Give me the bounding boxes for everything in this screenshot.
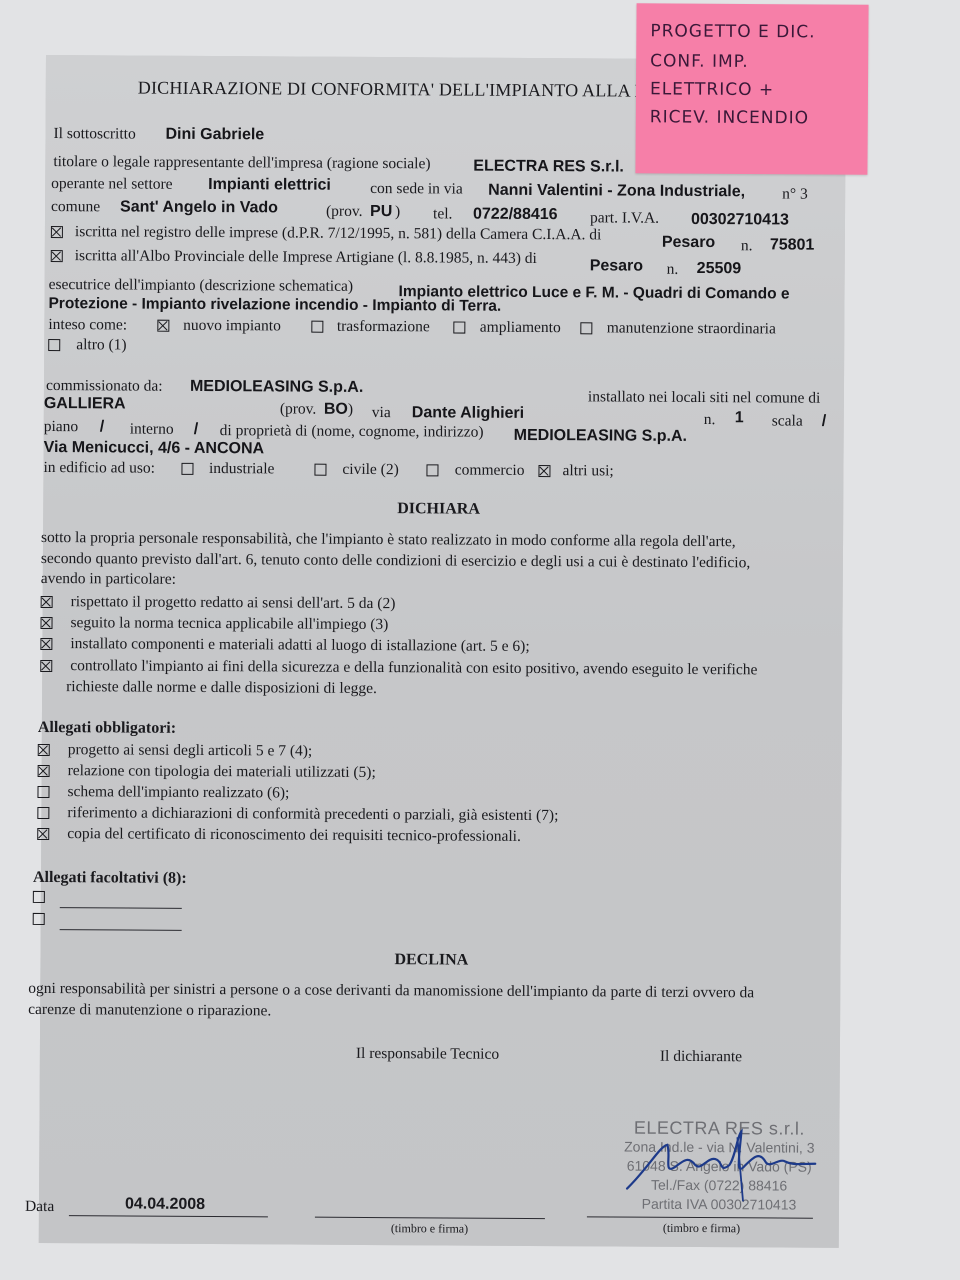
altro-row: altro (1) <box>48 336 126 354</box>
industriale-label: industriale <box>209 460 275 478</box>
allegato-checkbox-3[interactable] <box>37 786 49 798</box>
nuovo-impianto-checkbox[interactable] <box>157 320 169 332</box>
ampliamento-checkbox[interactable] <box>454 321 466 333</box>
albo-label: iscritta all'Albo Provinciale delle Impr… <box>75 247 537 268</box>
allegato-checkbox-4[interactable] <box>37 807 49 819</box>
declina-heading: DECLINA <box>394 951 468 969</box>
comune-install-value: GALLIERA <box>44 395 126 413</box>
prov2-label: (prov. <box>280 400 317 418</box>
prov-close: ) <box>395 203 400 221</box>
dichiara-item: controllato l'impianto ai fini della sic… <box>40 657 757 679</box>
registro-row: iscritta nel registro delle imprese (d.P… <box>51 223 602 244</box>
facoltativo-line-2[interactable] <box>60 929 182 931</box>
ampliamento-label: ampliamento <box>480 319 561 337</box>
albo-city: Pesaro <box>590 257 643 275</box>
tel-value: 0722/88416 <box>473 206 558 225</box>
proprieta-address: Via Menicucci, 4/6 - ANCONA <box>44 439 265 458</box>
civile-checkbox[interactable] <box>314 464 326 476</box>
interno-label: interno <box>130 421 174 439</box>
sticky-note: PROGETTO E DIC. CONF. IMP. ELETTRICO + R… <box>635 3 868 175</box>
comune-value: Sant' Angelo in Vado <box>120 198 278 217</box>
dichiara-checkbox-1[interactable] <box>41 596 53 608</box>
sottoscritto-value: Dini Gabriele <box>165 126 264 145</box>
sede-value: Nanni Valentini - Zona Industriale, <box>488 182 745 202</box>
document-title: DICHIARAZIONE DI CONFORMITA' DELL'IMPIAN… <box>138 78 685 102</box>
altri-usi-checkbox[interactable] <box>538 465 550 477</box>
timbro-label-2: (timbro e firma) <box>663 1221 740 1236</box>
allegato-checkbox-1[interactable] <box>38 744 50 756</box>
scala-label: scala <box>772 412 803 430</box>
declina-text-2: carenze di manutenzione o riparazione. <box>28 1001 271 1020</box>
sede-label: con sede in via <box>370 180 463 199</box>
data-value[interactable]: 04.04.2008 <box>125 1196 205 1214</box>
signature-icon <box>619 1127 819 1208</box>
iva-value: 00302710413 <box>691 211 789 230</box>
commercio-checkbox[interactable] <box>427 464 439 476</box>
dichiara-item-label: controllato l'impianto ai fini della sic… <box>70 657 757 679</box>
commissionato-value: MEDIOLEASING S.p.A. <box>190 378 363 397</box>
iva-label: part. I.V.A. <box>590 209 659 227</box>
allegato-label: copia del certificato di riconoscimento … <box>67 825 521 846</box>
prov2-value: BO <box>324 401 348 419</box>
facoltativo-checkbox-1[interactable] <box>33 891 45 903</box>
altro-label: altro (1) <box>76 336 126 354</box>
industriale-checkbox[interactable] <box>181 463 193 475</box>
dichiara-text-2: secondo quanto previsto dall'art. 6, ten… <box>41 550 750 572</box>
registro-label: iscritta nel registro delle imprese (d.P… <box>75 223 602 244</box>
albo-checkbox[interactable] <box>51 250 63 262</box>
trasformazione-checkbox[interactable] <box>311 321 323 333</box>
document-sheet: DICHIARAZIONE DI CONFORMITA' DELL'IMPIAN… <box>39 55 846 1248</box>
albo-row: iscritta all'Albo Provinciale delle Impr… <box>51 247 537 268</box>
registro-n-value: 75801 <box>770 236 815 254</box>
facoltativo-line-1[interactable] <box>60 907 182 909</box>
albo-n-value: 25509 <box>697 260 742 278</box>
dichiara-item: seguito la norma tecnica applicabile all… <box>40 614 388 634</box>
numero-civico: n° 3 <box>782 185 808 203</box>
allegato-item: progetto ai sensi degli articoli 5 e 7 (… <box>38 741 313 761</box>
esecutrice-label: esecutrice dell'impianto (descrizione sc… <box>49 276 354 296</box>
n-label: n. <box>704 411 716 429</box>
albo-n-label: n. <box>667 261 679 279</box>
allegato-label: relazione con tipologia dei materiali ut… <box>68 762 376 782</box>
dichiara-checkbox-3[interactable] <box>40 638 52 650</box>
allegati-facoltativi-heading: Allegati facoltativi (8): <box>33 869 187 888</box>
manutenzione-checkbox[interactable] <box>581 322 593 334</box>
responsabile-tecnico-label: Il responsabile Tecnico <box>356 1045 499 1064</box>
dichiara-item: rispettato il progetto redatto ai sensi … <box>41 593 396 613</box>
dichiara-item-continuation: richieste dalle norme e dalle disposizio… <box>66 678 377 698</box>
piano-label: piano <box>44 418 79 436</box>
registro-checkbox[interactable] <box>51 226 63 238</box>
declina-text-1: ogni responsabilità per sinistri a perso… <box>28 980 754 1002</box>
inteso-row: inteso come: nuovo impianto trasformazio… <box>48 316 776 338</box>
sottoscritto-label: Il sottoscritto <box>53 125 135 144</box>
via-label: via <box>372 404 391 422</box>
inteso-label: inteso come: <box>48 316 127 334</box>
dichiara-heading: DICHIARA <box>397 500 480 519</box>
settore-value: Impianti elettrici <box>208 176 331 195</box>
titolare-label: titolare o legale rappresentante dell'im… <box>53 153 430 173</box>
installato-label: installato nei locali siti nel comune di <box>588 388 821 407</box>
comune-label: comune <box>51 198 100 216</box>
dichiara-text-3: avendo in particolare: <box>41 570 176 589</box>
timbro-label-1: (timbro e firma) <box>391 1221 468 1236</box>
tel-label: tel. <box>433 205 452 223</box>
uso-label: in edificio ad uso: <box>43 459 155 478</box>
prov-label: (prov. <box>326 203 363 221</box>
registro-n-label: n. <box>741 237 753 255</box>
proprieta-label: di proprietà di (nome, cognome, indirizz… <box>220 422 484 442</box>
responsabile-signature-line[interactable] <box>315 1217 545 1219</box>
sticky-line-3: ELETTRICO + <box>650 79 774 100</box>
dichiara-item: installato componenti e materiali adatti… <box>40 635 529 656</box>
dichiara-text-1: sotto la propria personale responsabilit… <box>41 529 736 551</box>
allegato-label: progetto ai sensi degli articoli 5 e 7 (… <box>68 741 313 760</box>
altri-usi-label: altri usi; <box>562 462 613 480</box>
allegato-item: copia del certificato di riconoscimento … <box>37 825 521 846</box>
dichiarante-label: Il dichiarante <box>660 1048 742 1067</box>
via-value: Dante Alighieri <box>412 404 524 423</box>
data-line <box>69 1215 268 1217</box>
proprieta-value: MEDIOLEASING S.p.A. <box>514 427 687 446</box>
allegato-label: riferimento a dichiarazioni di conformit… <box>67 804 558 825</box>
commissionato-label: commissionato da: <box>46 377 163 396</box>
allegato-item: relazione con tipologia dei materiali ut… <box>38 762 376 782</box>
manutenzione-label: manutenzione straordinaria <box>607 319 776 338</box>
sticky-line-4: RICEV. INCENDIO <box>650 107 809 128</box>
dichiara-item-label: installato componenti e materiali adatti… <box>70 635 529 656</box>
dichiarante-signature-line[interactable] <box>587 1216 813 1218</box>
allegato-item: riferimento a dichiarazioni di conformit… <box>37 804 558 825</box>
altro-checkbox[interactable] <box>48 339 60 351</box>
dichiara-checkbox-2[interactable] <box>40 617 52 629</box>
allegato-label: schema dell'impianto realizzato (6); <box>67 783 289 802</box>
piano-value: / <box>100 418 105 436</box>
interno-value: / <box>194 421 199 439</box>
dichiara-checkbox-4[interactable] <box>40 660 52 672</box>
sticky-line-1: PROGETTO E DIC. <box>650 21 815 42</box>
n-value: 1 <box>735 409 744 427</box>
dichiara-item-label: seguito la norma tecnica applicabile all… <box>70 614 388 634</box>
dichiara-item-label: rispettato il progetto redatto ai sensi … <box>71 593 396 613</box>
allegato-checkbox-5[interactable] <box>37 828 49 840</box>
esecutrice-value-2: Protezione - Impianto rivelazione incend… <box>48 295 501 316</box>
data-label: Data <box>25 1198 54 1216</box>
registro-city: Pesaro <box>662 234 715 252</box>
facoltativo-item-2 <box>33 913 47 925</box>
facoltativo-checkbox-2[interactable] <box>33 913 45 925</box>
prov-value: PU <box>370 203 392 221</box>
allegato-item: schema dell'impianto realizzato (6); <box>37 783 289 803</box>
nuovo-impianto-label: nuovo impianto <box>183 317 281 336</box>
facoltativo-item-1 <box>33 891 47 903</box>
trasformazione-label: trasformazione <box>337 318 430 337</box>
settore-label: operante nel settore <box>51 175 172 194</box>
prov2-close: ) <box>348 401 353 419</box>
sticky-line-2: CONF. IMP. <box>650 51 749 72</box>
allegati-obbligatori-heading: Allegati obbligatori: <box>38 719 176 738</box>
ragione-sociale-value: ELECTRA RES S.r.l. <box>473 158 624 177</box>
uso-row: in edificio ad uso: industriale civile (… <box>43 459 613 480</box>
civile-label: civile (2) <box>342 461 398 479</box>
scala-value: / <box>822 413 827 431</box>
commercio-label: commercio <box>455 462 525 480</box>
allegato-checkbox-2[interactable] <box>38 765 50 777</box>
